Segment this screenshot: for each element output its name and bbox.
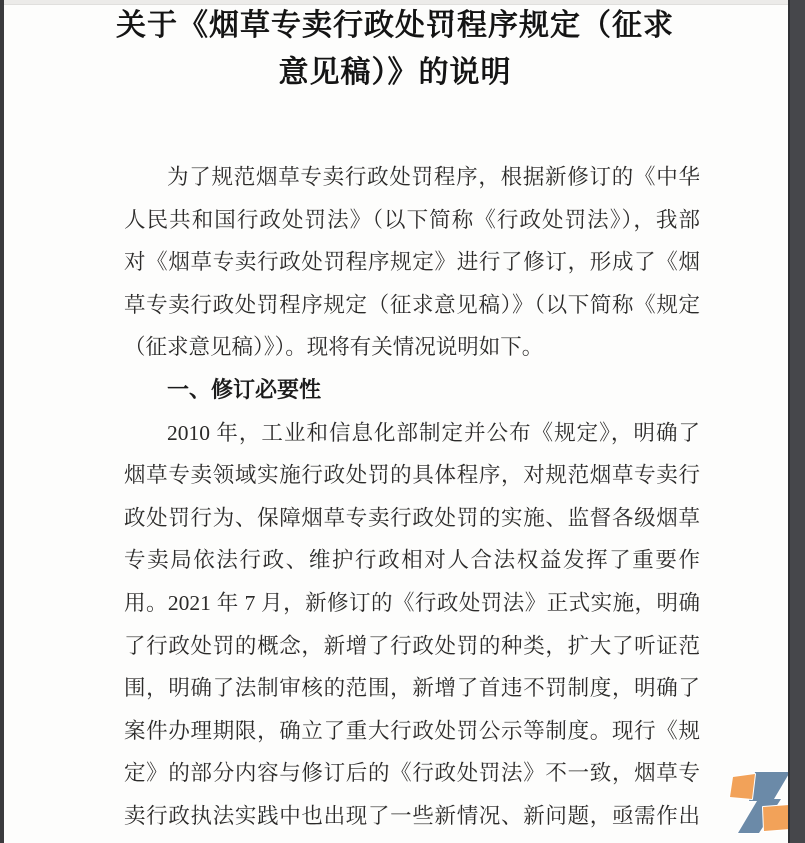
paragraph1-line: 草专卖行政处罚程序规定（征求意见稿）》（以下简称《规定 xyxy=(124,284,700,327)
z-logo-orange-top-block xyxy=(730,774,755,799)
paragraph2-line: 定》的部分内容与修订后的《行政处罚法》不一致，烟草专 xyxy=(124,752,700,795)
paragraph2-line: 用。2021 年 7 月，新修订的《行政处罚法》正式实施，明确 xyxy=(124,582,700,625)
page-right-edge xyxy=(788,0,805,843)
document-body: 为了规范烟草专卖行政处罚程序，根据新修订的《中华 人民共和国行政处罚法》（以下简… xyxy=(124,156,700,838)
paragraph2-line: 案件办理期限，确立了重大行政处罚公示等制度。现行《规 xyxy=(124,710,700,753)
paragraph2-line: 卖行政执法实践中也出现了一些新情况、新问题，亟需作出 xyxy=(124,795,700,838)
paragraph2-line: 烟草专卖领域实施行政处罚的具体程序，对规范烟草专卖行 xyxy=(124,454,700,497)
paragraph2-line: 政处罚行为、保障烟草专卖行政处罚的实施、监督各级烟草 xyxy=(124,497,700,540)
page-left-edge xyxy=(0,0,4,843)
document-title-line-2: 意见稿）》的说明 xyxy=(0,49,790,96)
paragraph2-line: 了行政处罚的概念，新增了行政处罚的种类，扩大了听证范 xyxy=(124,625,700,668)
paragraph1-line: 对《烟草专卖行政处罚程序规定》进行了修订，形成了《烟 xyxy=(124,241,700,284)
z-watermark-logo xyxy=(729,770,791,835)
document-title: 关于《烟草专卖行政处罚程序规定（征求 意见稿）》的说明 xyxy=(0,2,790,96)
paragraph1-line: 为了规范烟草专卖行政处罚程序，根据新修订的《中华 xyxy=(124,156,700,199)
z-logo-orange-bottom-block xyxy=(763,805,790,831)
paragraph2-line: 围，明确了法制审核的范围，新增了首违不罚制度，明确了 xyxy=(124,667,700,710)
section-heading: 一、修订必要性 xyxy=(124,369,700,412)
paragraph2-line: 专卖局依法行政、维护行政相对人合法权益发挥了重要作 xyxy=(124,539,700,582)
paragraph2-line: 2010 年，工业和信息化部制定并公布《规定》，明确了 xyxy=(124,412,700,455)
document-title-line-1: 关于《烟草专卖行政处罚程序规定（征求 xyxy=(0,2,790,49)
paragraph1-line: 人民共和国行政处罚法》（以下简称《行政处罚法》），我部 xyxy=(124,199,700,242)
paragraph1-line: （征求意见稿）》）。现将有关情况说明如下。 xyxy=(124,326,700,369)
scanned-document-page: 关于《烟草专卖行政处罚程序规定（征求 意见稿）》的说明 为了规范烟草专卖行政处罚… xyxy=(0,0,805,843)
